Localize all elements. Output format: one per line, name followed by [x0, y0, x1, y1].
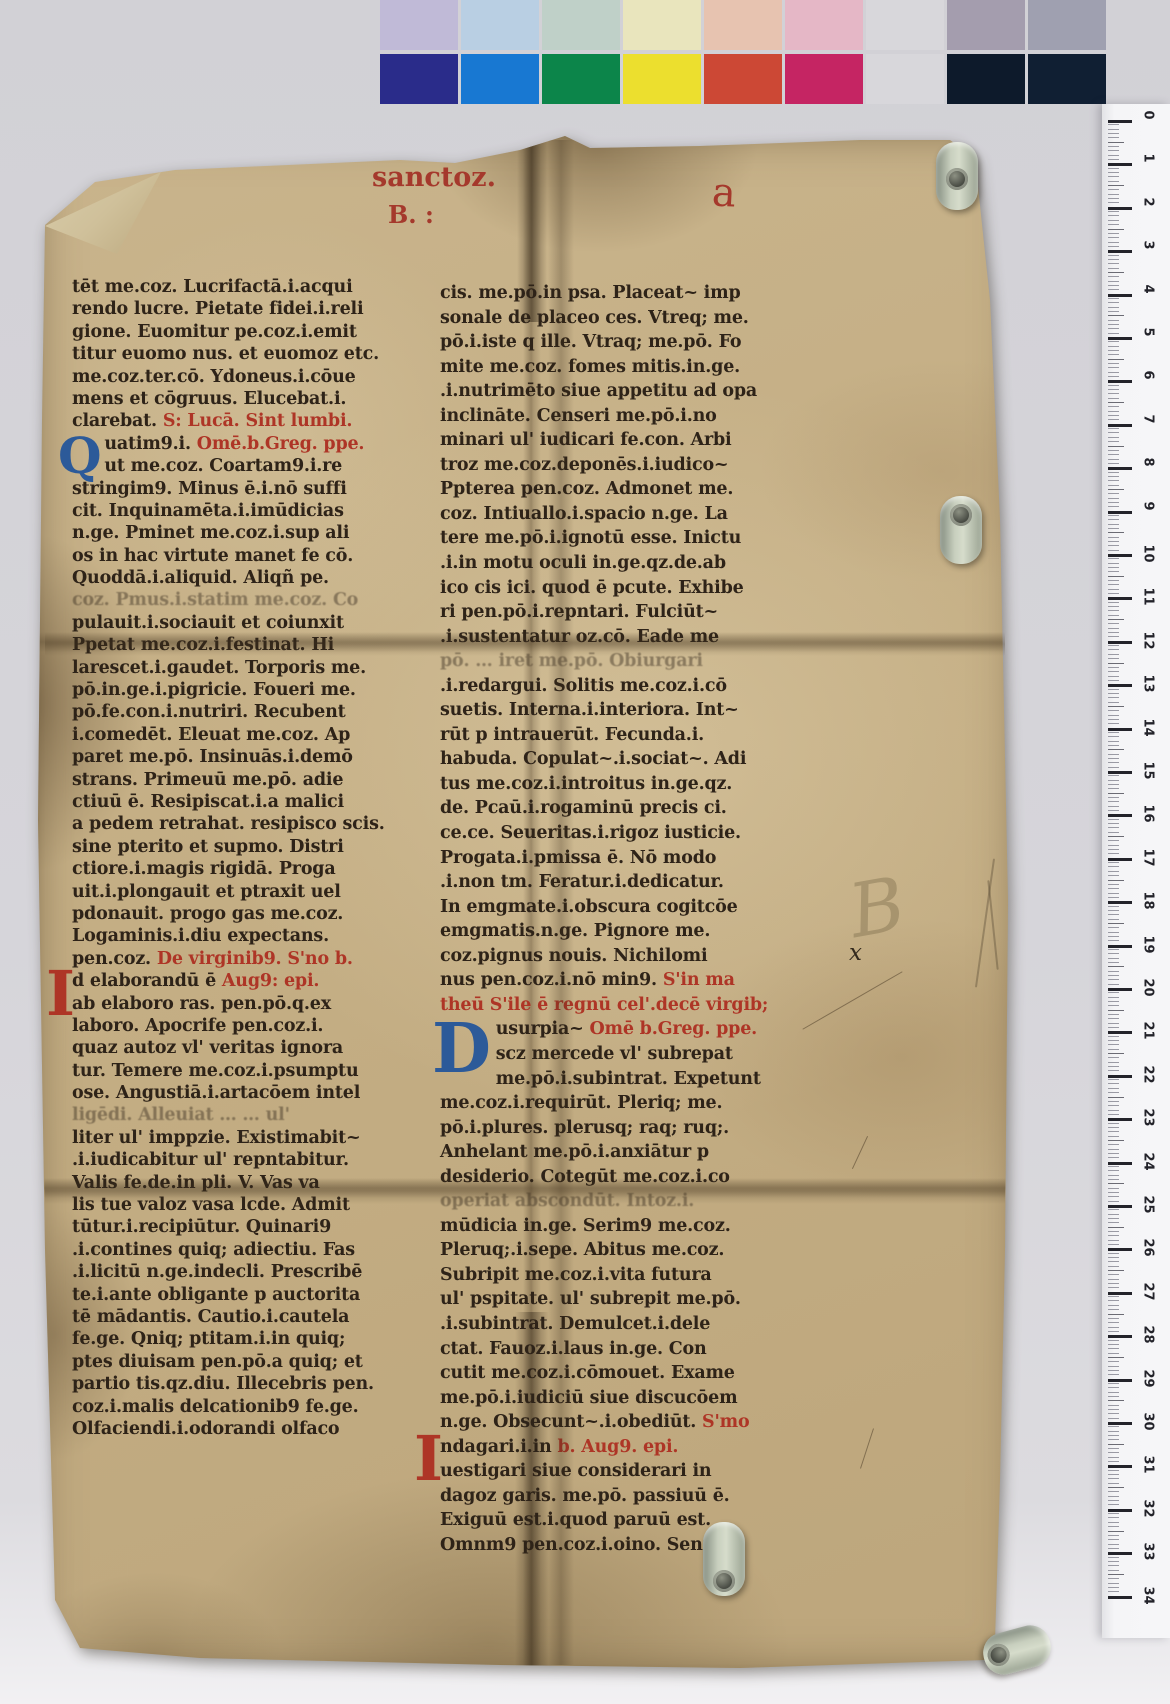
- ruler-tick-mm: [1108, 281, 1119, 282]
- gloss-text: Quoddā.i.aliquid. Aliqñ pe.: [72, 568, 329, 588]
- text-line: .i.licitū n.ge.indecli. Prescribē: [72, 1261, 464, 1283]
- ruler-tick-mm: [1108, 419, 1119, 420]
- ruler-tick-mm: [1108, 502, 1119, 503]
- ruler-tick-mm: [1108, 1066, 1119, 1067]
- color-swatch: [380, 0, 458, 50]
- color-swatch: [785, 54, 863, 104]
- ruler-tick-mm: [1108, 311, 1119, 312]
- gloss-text: .i.subintrat. Demulcet.i.dele: [440, 1314, 710, 1334]
- gloss-text: pen.coz.: [72, 949, 157, 969]
- ruler-tick-half: [1108, 142, 1124, 143]
- color-bar-column: [866, 0, 944, 108]
- ruler-tick-mm: [1108, 801, 1119, 802]
- ruler-tick-mm: [1108, 454, 1119, 455]
- gloss-text: .i.non tm. Feratur.i.dedicatur.: [440, 872, 724, 892]
- gloss-text: Anhelant me.pō.i.anxiātur p: [440, 1142, 709, 1162]
- text-line: Indagari.i.in b. Aug9. epi.: [440, 1435, 876, 1460]
- gloss-text: gione. Euomitur pe.coz.i.emit: [72, 322, 357, 342]
- ruler-tick-mm: [1108, 168, 1119, 169]
- ruler-tick-mm: [1108, 628, 1119, 629]
- ruler-tick-half: [1108, 272, 1124, 273]
- text-line: clarebat. S: Lucā. Sint lumbi.: [72, 410, 464, 432]
- gloss-text: cis. me.pō.in psa. Placeat~ imp: [440, 283, 740, 303]
- color-swatch: [947, 0, 1025, 50]
- text-line: partio tis.qz.diu. Illecebris pen.: [72, 1373, 464, 1395]
- ruler-number: 12: [1141, 631, 1156, 651]
- ruler-tick-major: [1108, 597, 1132, 600]
- ruler-tick-mm: [1108, 463, 1119, 464]
- text-line: te.i.ante obligante p auctorita: [72, 1284, 464, 1306]
- gloss-text: .i.nutrimēto siue appetitu ad opa: [440, 381, 757, 401]
- ruler-tick-mm: [1108, 567, 1119, 568]
- ruler-tick-mm: [1108, 997, 1119, 998]
- ruler-tick-mm: [1108, 1070, 1119, 1071]
- text-line: dagoz garis. me.pō. passiuū ē.: [440, 1484, 876, 1509]
- ruler-tick-mm: [1108, 645, 1119, 646]
- gloss-text: .i.iudicabitur ul' repntabitur.: [72, 1150, 349, 1170]
- gloss-text: Omnm9 pen.coz.i.oino. Senti: [440, 1535, 717, 1555]
- text-line: desiderio. Cotegūt me.coz.i.co: [440, 1165, 876, 1190]
- ruler-tick-mm: [1108, 1170, 1119, 1171]
- ruler-tick-mm: [1108, 1001, 1119, 1002]
- text-line: tur. Temere me.coz.i.psumptu: [72, 1060, 464, 1082]
- text-line: tere me.pō.i.ignotū esse. Inictu: [440, 526, 876, 551]
- ruler-tick-half: [1108, 315, 1124, 316]
- ruler-tick-major: [1108, 380, 1132, 383]
- ruler-tick-mm: [1108, 268, 1119, 269]
- ruler-tick-major: [1108, 1422, 1132, 1425]
- text-line: scz mercede vl' subrepat: [440, 1042, 876, 1067]
- gloss-text: rūt p intrauerūt. Fecunda.i.: [440, 725, 704, 745]
- ruler-tick-mm: [1108, 715, 1119, 716]
- color-swatch: [542, 0, 620, 50]
- text-line: sine pterito et supmo. Distri: [72, 836, 464, 858]
- rubric-text: S'in ma: [663, 970, 735, 990]
- gloss-text: fe.ge. Qniq; ptitam.i.in quiq;: [72, 1329, 345, 1349]
- ruler-tick-mm: [1108, 1526, 1119, 1527]
- gloss-text: larescet.i.gaudet. Torporis me.: [72, 658, 366, 678]
- ruler-tick-mm: [1108, 537, 1119, 538]
- ruler-tick-major: [1108, 771, 1132, 774]
- screw-icon: [713, 1570, 735, 1592]
- ruler-tick-mm: [1108, 1005, 1119, 1006]
- text-line: a pedem retrahat. resipisco scis.: [72, 813, 464, 835]
- ruler-number: 28: [1141, 1326, 1156, 1346]
- ruler-tick-mm: [1108, 450, 1119, 451]
- text-line: tus me.coz.i.introitus in.ge.qz.: [440, 772, 876, 797]
- ruler-tick-mm: [1108, 979, 1119, 980]
- gloss-text: inclināte. Censeri me.pō.i.no: [440, 406, 717, 426]
- ruler-tick-mm: [1108, 376, 1119, 377]
- ruler-tick-mm: [1108, 893, 1119, 894]
- ruler-tick-mm: [1108, 198, 1119, 199]
- ruler-tick-mm: [1108, 623, 1119, 624]
- ruler-tick-mm: [1108, 1196, 1119, 1197]
- gloss-text: desiderio. Cotegūt me.coz.i.co: [440, 1167, 730, 1187]
- ruler-tick-mm: [1108, 667, 1119, 668]
- ruler-tick-mm: [1108, 1014, 1119, 1015]
- ruler-tick-mm: [1108, 506, 1119, 507]
- gloss-text: i.comedēt. Eleuat me.coz. Ap: [72, 725, 350, 745]
- ruler-tick-mm: [1108, 1452, 1119, 1453]
- text-line: pdonauit. progo gas me.coz.: [72, 903, 464, 925]
- ruler-tick-mm: [1108, 237, 1119, 238]
- ruler-tick-half: [1108, 1314, 1124, 1315]
- color-bar-column: [704, 0, 782, 108]
- text-line: ligēdi. Alleuiat … … ul': [72, 1104, 464, 1126]
- ruler-tick-mm: [1108, 1383, 1119, 1384]
- ruler-tick-mm: [1108, 689, 1119, 690]
- ruler-tick-mm: [1108, 1088, 1119, 1089]
- text-line: paret me.pō. Insinuās.i.demō: [72, 746, 464, 768]
- ruler-tick-major: [1108, 467, 1132, 470]
- ruler-number: 25: [1141, 1196, 1156, 1216]
- rubric-text: Omē.b.Greg. ppe.: [197, 434, 365, 454]
- text-line: .i.redargui. Solitis me.coz.i.cō: [440, 674, 876, 699]
- ruler-tick-mm: [1108, 1235, 1119, 1236]
- text-line: de. Pcaū.i.rogaminū precis ci.: [440, 796, 876, 821]
- ruler-number: 3: [1141, 241, 1156, 261]
- gloss-text: pō. … iret me.pō. Obiurgari: [440, 651, 703, 671]
- ruler-tick-mm: [1108, 580, 1119, 581]
- ruler-tick-half: [1108, 1531, 1124, 1532]
- text-line: .i.non tm. Feratur.i.dedicatur.: [440, 870, 876, 895]
- ruler-tick-major: [1108, 814, 1132, 817]
- text-line: ut me.coz. Coartam9.i.re: [72, 455, 464, 477]
- gloss-text: os in hac virtute manet fe cō.: [72, 546, 353, 566]
- ruler-tick-mm: [1108, 563, 1119, 564]
- gloss-text: ndagari.i.in: [440, 1437, 557, 1457]
- text-line: Quatim9.i. Omē.b.Greg. ppe.: [72, 433, 464, 455]
- ruler-tick-mm: [1108, 914, 1119, 915]
- gloss-text: tere me.pō.i.ignotū esse. Inictu: [440, 528, 741, 548]
- ruler-tick-mm: [1108, 1413, 1119, 1414]
- text-line: Exiguū est.i.quod paruū est.: [440, 1508, 876, 1533]
- color-swatch: [947, 54, 1025, 104]
- ruler-tick-major: [1108, 250, 1132, 253]
- ruler-tick-half: [1108, 576, 1124, 577]
- ruler-tick-mm: [1108, 1591, 1119, 1592]
- ruler-tick-mm: [1108, 150, 1119, 151]
- ruler-tick-half: [1108, 749, 1124, 750]
- ruler-tick-mm: [1108, 1257, 1119, 1258]
- gloss-text: uit.i.plongauit et ptraxit uel: [72, 882, 341, 902]
- ruler-tick-mm: [1108, 1513, 1119, 1514]
- text-line: In emgmate.i.obscura cogitcōe: [440, 895, 876, 920]
- ruler-tick-mm: [1108, 224, 1119, 225]
- text-line: cis. me.pō.in psa. Placeat~ imp: [440, 281, 876, 306]
- ruler-tick-mm: [1108, 719, 1119, 720]
- color-bar-column: [947, 0, 1025, 108]
- ruler-tick-mm: [1108, 693, 1119, 694]
- gloss-text: Ppetat me.coz.i.festinat. Hi: [72, 635, 334, 655]
- ruler-tick-half: [1108, 923, 1124, 924]
- gloss-text: tur. Temere me.coz.i.psumptu: [72, 1061, 358, 1081]
- ruler-tick-mm: [1108, 1483, 1119, 1484]
- text-line: Subripit me.coz.i.vita futura: [440, 1263, 876, 1288]
- ruler-tick-mm: [1108, 1353, 1119, 1354]
- ruler-tick-mm: [1108, 1557, 1119, 1558]
- text-line: n.ge. Obsecunt~.i.obediūt. S'mo: [440, 1410, 876, 1435]
- color-swatch: [623, 0, 701, 50]
- ruler-tick-mm: [1108, 1366, 1119, 1367]
- color-swatch: [866, 0, 944, 50]
- ruler-tick-mm: [1108, 784, 1119, 785]
- ruler-number: 21: [1141, 1022, 1156, 1042]
- color-swatch: [785, 0, 863, 50]
- ruler-tick-major: [1108, 1205, 1132, 1208]
- color-swatch: [704, 0, 782, 50]
- ruler-tick-half: [1108, 966, 1124, 967]
- ruler-tick-mm: [1108, 1083, 1119, 1084]
- ruler-tick-mm: [1108, 1418, 1119, 1419]
- ruler-tick-mm: [1108, 1114, 1119, 1115]
- ruler-tick-major: [1108, 728, 1132, 731]
- color-bar-column: [461, 0, 539, 108]
- ruler-number: 32: [1141, 1499, 1156, 1519]
- ruler-tick-mm: [1108, 615, 1119, 616]
- drop-cap: I: [46, 967, 75, 1021]
- ruler-tick-half: [1108, 1357, 1124, 1358]
- ruler-tick-half: [1108, 359, 1124, 360]
- text-line: me.pō.i.subintrat. Expetunt: [440, 1067, 876, 1092]
- ruler-tick-major: [1108, 858, 1132, 861]
- text-line: emgmatis.n.ge. Pignore me.: [440, 919, 876, 944]
- ruler-tick-half: [1108, 229, 1124, 230]
- text-line: theū S'ile ē regnū cel'.decē virgib;: [440, 993, 876, 1018]
- ruler-tick-mm: [1108, 754, 1119, 755]
- ruler-tick-mm: [1108, 849, 1119, 850]
- text-line: uit.i.plongauit et ptraxit uel: [72, 881, 464, 903]
- ruler-number: 31: [1141, 1456, 1156, 1476]
- ruler-tick-mm: [1108, 1283, 1119, 1284]
- gloss-text: sonale de placeo ces. Vtreq; me.: [440, 308, 749, 328]
- ruler-number: 18: [1141, 892, 1156, 912]
- gloss-text: quaz autoz vl' veritas ignora: [72, 1038, 343, 1058]
- ruler-tick-mm: [1108, 194, 1119, 195]
- ruler-tick-major: [1108, 337, 1132, 340]
- ruler-tick-mm: [1108, 1305, 1119, 1306]
- color-swatch: [380, 54, 458, 104]
- ruler-tick-mm: [1108, 354, 1119, 355]
- ruler-tick-mm: [1108, 1361, 1119, 1362]
- ruler-tick-mm: [1108, 398, 1119, 399]
- ruler-tick-mm: [1108, 1092, 1119, 1093]
- gloss-text: ul' pspitate. ul' subrepit me.pō.: [440, 1289, 741, 1309]
- gloss-text: suetis. Interna.i.interiora. Int~: [440, 700, 739, 720]
- text-column-right: cis. me.pō.in psa. Placeat~ impsonale de…: [440, 281, 876, 1557]
- gloss-text: ptes diuisam pen.pō.a quiq; et: [72, 1352, 363, 1372]
- ruler-tick-half: [1108, 836, 1124, 837]
- ruler-tick-mm: [1108, 1548, 1119, 1549]
- ruler-tick-half: [1108, 1183, 1124, 1184]
- gloss-text: me.coz.i.requirūt. Pleriq; me.: [440, 1093, 722, 1113]
- gloss-text: cutit me.coz.i.cōmouet. Exame: [440, 1363, 735, 1383]
- ruler-number: 16: [1141, 805, 1156, 825]
- gloss-text: me.pō.i.subintrat. Expetunt: [496, 1069, 761, 1089]
- ruler-tick-mm: [1108, 1201, 1119, 1202]
- ruler-tick-major: [1108, 684, 1132, 687]
- ruler-tick-major: [1108, 163, 1132, 166]
- text-line: Dusurpia~ Omē b.Greg. ppe.: [440, 1017, 876, 1042]
- ruler-tick-mm: [1108, 853, 1119, 854]
- ruler-tick-mm: [1108, 1144, 1119, 1145]
- ruler-tick-mm: [1108, 215, 1119, 216]
- ruler-tick-mm: [1108, 823, 1119, 824]
- ruler-tick-mm: [1108, 897, 1119, 898]
- ruler-tick-mm: [1108, 1474, 1119, 1475]
- ruler-tick-major: [1108, 945, 1132, 948]
- ruler-tick-mm: [1108, 1218, 1119, 1219]
- color-bar-column: [542, 0, 620, 108]
- text-line: coz.pignus nouis. Nichilomi: [440, 944, 876, 969]
- gloss-text: ligēdi. Alleuiat … … ul': [72, 1105, 290, 1125]
- ruler-tick-mm: [1108, 363, 1119, 364]
- gloss-text: .i.licitū n.ge.indecli. Prescribē: [72, 1262, 362, 1282]
- ruler-tick-mm: [1108, 806, 1119, 807]
- ruler-tick-half: [1108, 1400, 1124, 1401]
- ruler-number: 9: [1141, 501, 1156, 521]
- ruler-tick-mm: [1108, 389, 1119, 390]
- ruler-tick-mm: [1108, 437, 1119, 438]
- ruler-number: 11: [1141, 588, 1156, 608]
- ruler-tick-mm: [1108, 992, 1119, 993]
- ruler-tick-mm: [1108, 333, 1119, 334]
- rubric-text: De virginib9. S'no b.: [157, 949, 353, 969]
- ruler-number: 20: [1141, 979, 1156, 999]
- ruler-tick-mm: [1108, 298, 1119, 299]
- text-line: ptes diuisam pen.pō.a quiq; et: [72, 1351, 464, 1373]
- ruler-tick-mm: [1108, 758, 1119, 759]
- ruler-tick-mm: [1108, 710, 1119, 711]
- gloss-text: pō.in.ge.i.pigricie. Foueri me.: [72, 680, 356, 700]
- gloss-text: sine pterito et supmo. Distri: [72, 837, 344, 857]
- text-line: minari ul' iudicari fe.con. Arbi: [440, 428, 876, 453]
- color-swatch: [1028, 0, 1106, 50]
- ruler-tick-mm: [1108, 480, 1119, 481]
- gloss-text: habuda. Copulat~.i.sociat~. Adi: [440, 749, 746, 769]
- ruler-tick-mm: [1108, 367, 1119, 368]
- text-line: .i.iudicabitur ul' repntabitur.: [72, 1149, 464, 1171]
- text-line: n.ge. Pminet me.coz.i.sup ali: [72, 522, 464, 544]
- ruler-tick-mm: [1108, 1491, 1119, 1492]
- ruler-tick-mm: [1108, 827, 1119, 828]
- color-swatch: [866, 54, 944, 104]
- ruler-tick-mm: [1108, 736, 1119, 737]
- text-line: tēt me.coz. Lucrifactā.i.acqui: [72, 276, 464, 298]
- ruler-tick-half: [1108, 663, 1124, 664]
- ruler-tick-mm: [1108, 393, 1119, 394]
- gloss-text: me.pō.i.iudiciū siue discucōem: [440, 1388, 737, 1408]
- ruler-tick-mm: [1108, 181, 1119, 182]
- text-line: coz. Pmus.i.statim me.coz. Co: [72, 589, 464, 611]
- ruler-tick-major: [1108, 1379, 1132, 1382]
- ruler-tick-mm: [1108, 1166, 1119, 1167]
- text-line: Progata.i.pmissa ē. Nō modo: [440, 846, 876, 871]
- ruler-tick-mm: [1108, 159, 1119, 160]
- text-line: mens et cōgruus. Elucebat.i.: [72, 388, 464, 410]
- ruler-tick-mm: [1108, 1214, 1119, 1215]
- ruler-tick-mm: [1108, 1392, 1119, 1393]
- ruler-tick-mm: [1108, 1348, 1119, 1349]
- ruler-tick-mm: [1108, 958, 1119, 959]
- text-line: lis tue valoz vasa lcde. Admit: [72, 1194, 464, 1216]
- ruler-tick-mm: [1108, 845, 1119, 846]
- ruler-tick-mm: [1108, 233, 1119, 234]
- ruler-tick-mm: [1108, 1244, 1119, 1245]
- ruler-tick-mm: [1108, 762, 1119, 763]
- gloss-text: emgmatis.n.ge. Pignore me.: [440, 921, 710, 941]
- text-line: uestigari siue considerari in: [440, 1459, 876, 1484]
- ruler-tick-mm: [1108, 133, 1119, 134]
- text-line: .i.in motu oculi in.ge.qz.de.ab: [440, 551, 876, 576]
- ruler-tick-mm: [1108, 1222, 1119, 1223]
- ruler-tick-major: [1108, 207, 1132, 210]
- gloss-text: Exiguū est.i.quod paruū est.: [440, 1510, 711, 1530]
- ruler-tick-mm: [1108, 1504, 1119, 1505]
- ruler-tick-half: [1108, 1444, 1124, 1445]
- ruler-tick-mm: [1108, 1209, 1119, 1210]
- gloss-text: pō.i.iste q ille. Vtraq; me.pō. Fo: [440, 332, 741, 352]
- ruler-number: 10: [1141, 545, 1156, 565]
- ruler-tick-mm: [1108, 1370, 1119, 1371]
- ruler-tick-mm: [1108, 680, 1119, 681]
- ruler-tick-mm: [1108, 962, 1119, 963]
- ruler-tick-half: [1108, 619, 1124, 620]
- ruler-tick-mm: [1108, 1018, 1119, 1019]
- text-line: inclināte. Censeri me.pō.i.no: [440, 404, 876, 429]
- ruler-tick-mm: [1108, 372, 1119, 373]
- ruler-tick-mm: [1108, 1439, 1119, 1440]
- text-line: Omnm9 pen.coz.i.oino. Senti: [440, 1533, 876, 1558]
- text-line: rūt p intrauerūt. Fecunda.i.: [440, 723, 876, 748]
- text-line: rendo lucre. Pietate fidei.i.reli: [72, 298, 464, 320]
- photo-of-manuscript: { "photo": { "heading": { "running_title…: [0, 0, 1170, 1704]
- rubric-text: Omē b.Greg. ppe.: [589, 1019, 757, 1039]
- text-line: ctiore.i.magis rigidā. Proga: [72, 858, 464, 880]
- ruler-tick-mm: [1108, 871, 1119, 872]
- ruler-tick-major: [1108, 554, 1132, 557]
- gloss-text: Progata.i.pmissa ē. Nō modo: [440, 848, 716, 868]
- ruler-tick-mm: [1108, 285, 1119, 286]
- ruler-tick-mm: [1108, 606, 1119, 607]
- ruler-tick-mm: [1108, 1435, 1119, 1436]
- text-line: Ppetat me.coz.i.festinat. Hi: [72, 634, 464, 656]
- ruler-tick-mm: [1108, 1587, 1119, 1588]
- ruler-tick-major: [1108, 901, 1132, 904]
- gloss-text: te.i.ante obligante p auctorita: [72, 1285, 360, 1305]
- ruler-tick-half: [1108, 793, 1124, 794]
- color-swatch: [461, 0, 539, 50]
- ruler-tick-mm: [1108, 1157, 1119, 1158]
- gloss-text: strans. Primeuū me.pō. adie: [72, 770, 343, 790]
- ruler-tick-mm: [1108, 545, 1119, 546]
- ruler-tick-mm: [1108, 259, 1119, 260]
- text-line: Logaminis.i.diu expectans.: [72, 925, 464, 947]
- ruler-tick-mm: [1108, 202, 1119, 203]
- text-line: cit. Inquinamēta.i.imūdicias: [72, 500, 464, 522]
- ruler-tick-mm: [1108, 406, 1119, 407]
- ruler-tick-major: [1108, 120, 1132, 123]
- ruler-tick-major: [1108, 1596, 1132, 1599]
- ruler-tick-mm: [1108, 1287, 1119, 1288]
- ruler-tick-mm: [1108, 1522, 1119, 1523]
- ruler-number: 5: [1141, 328, 1156, 348]
- gloss-text: de. Pcaū.i.rogaminū precis ci.: [440, 798, 727, 818]
- ruler-tick-mm: [1108, 428, 1119, 429]
- ruler-tick-mm: [1108, 1023, 1119, 1024]
- ruler-tick-mm: [1108, 441, 1119, 442]
